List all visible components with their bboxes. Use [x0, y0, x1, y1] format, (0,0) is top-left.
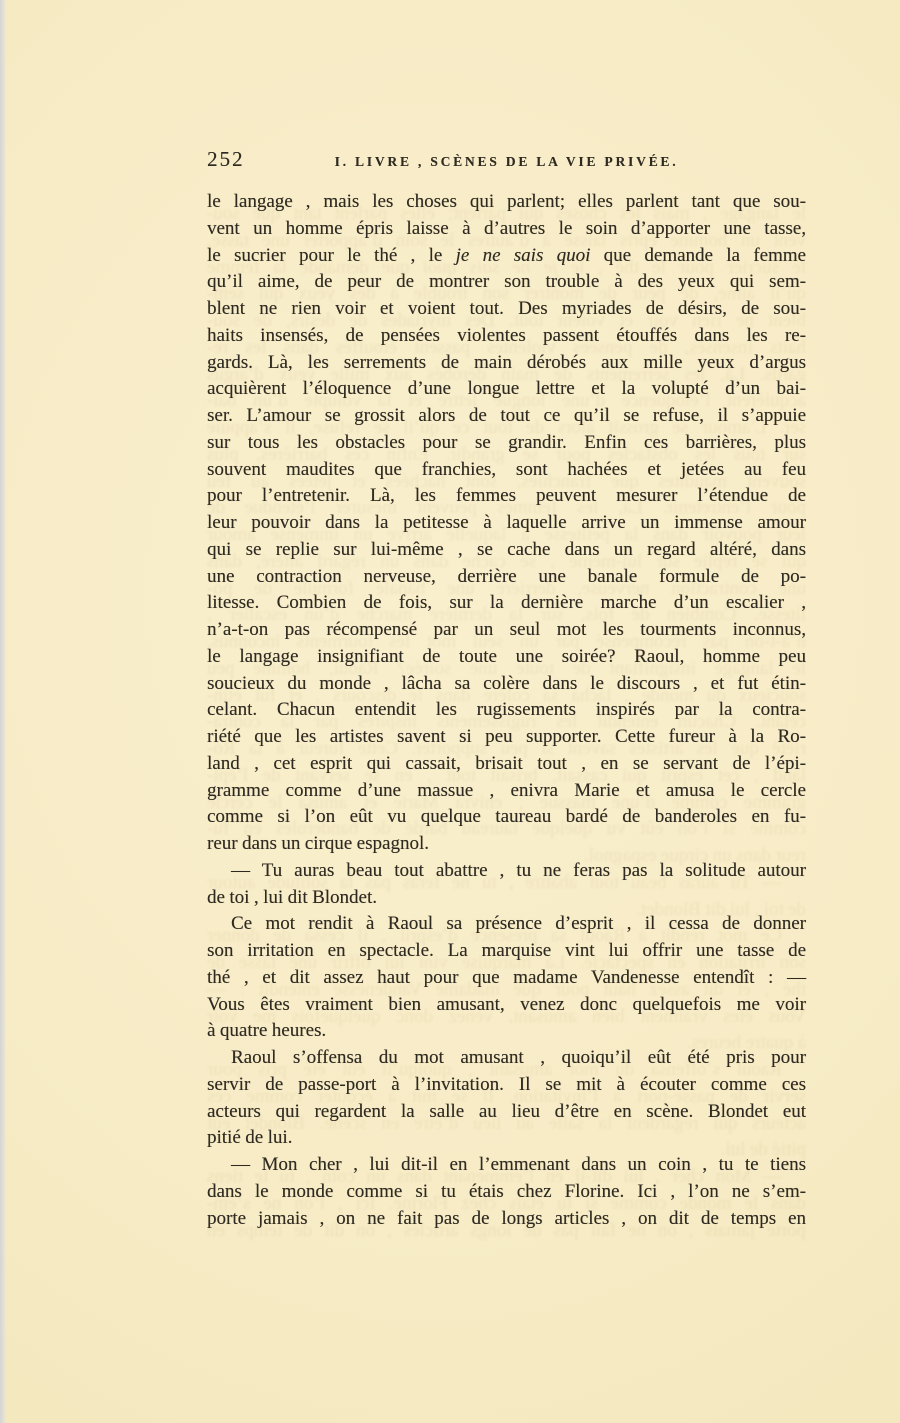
text-segment: haits insensés, de pensées violentes pas… — [207, 325, 806, 346]
text-line: Vous êtes vraiment bien amusant, venez d… — [207, 992, 806, 1019]
text-line: reur dans un cirque espagnol. — [207, 831, 806, 858]
text-segment: land , cet esprit qui cassait, brisait t… — [207, 753, 806, 774]
text-line: gards. Là, les serrements de main dérobé… — [207, 350, 806, 377]
text-line: une contraction nerveuse, derrière une b… — [207, 564, 806, 591]
paragraph: Raoul s’offensa du mot amusant , quoiqu’… — [207, 1045, 806, 1152]
text-line: le langage insignifiant de toute une soi… — [207, 644, 806, 671]
text-segment: souvent maudites que franchies, sont hac… — [207, 459, 806, 480]
text-line: blent ne rien voir et voient tout. Des m… — [207, 296, 806, 323]
text-segment: reur dans un cirque espagnol. — [207, 833, 429, 854]
scan-edge-strip — [0, 0, 6, 1423]
text-line: — Tu auras beau tout abattre , tu ne fer… — [207, 858, 806, 885]
text-line: comme si l’on eût vu quelque taureau bar… — [207, 804, 806, 831]
text-line: porte jamais , on ne fait pas de longs a… — [207, 1206, 806, 1233]
text-line: riété que les artistes savent si peu sup… — [207, 724, 806, 751]
text-line: litesse. Combien de fois, sur la dernièr… — [207, 590, 806, 617]
text-segment: Raoul s’offensa du mot amusant , quoiqu’… — [231, 1047, 806, 1068]
text-line: servir de passe-port à l’invitation. Il … — [207, 1072, 806, 1099]
text-segment: sur tous les obstacles pour se grandir. … — [207, 432, 806, 453]
text-line: Raoul s’offensa du mot amusant , quoiqu’… — [207, 1045, 806, 1072]
text-line: land , cet esprit qui cassait, brisait t… — [207, 751, 806, 778]
text-line: pour l’entretenir. Là, les femmes peuven… — [207, 483, 806, 510]
text-segment: riété que les artistes savent si peu sup… — [207, 726, 806, 747]
page-header: 252 I. LIVRE , SCÈNES DE LA VIE PRIVÉE. — [207, 147, 806, 172]
text-line: gramme comme d’une massue , enivra Marie… — [207, 778, 806, 805]
text-segment: — Mon cher , lui dit-il en l’emmenant da… — [231, 1154, 806, 1175]
text-segment: n’a-t-on pas récompensé par un seul mot … — [207, 619, 806, 640]
text-segment: pour l’entretenir. Là, les femmes peuven… — [207, 485, 806, 506]
text-line: leur pouvoir dans la petitesse à laquell… — [207, 510, 806, 537]
text-line: sur tous les obstacles pour se grandir. … — [207, 430, 806, 457]
italic-phrase: je ne sais quoi — [456, 245, 591, 266]
book-page-scan: 252 I. LIVRE , SCÈNES DE LA VIE PRIVÉE. … — [0, 0, 900, 1423]
text-segment: acteurs qui regardent la salle au lieu d… — [207, 1101, 806, 1122]
text-segment: le sucrier pour le thé , le — [207, 245, 456, 266]
page-number: 252 — [207, 147, 279, 172]
text-segment: de toi , lui dit Blondet. — [207, 887, 377, 908]
text-segment: porte jamais , on ne fait pas de longs a… — [207, 1208, 806, 1229]
text-line: le langage , mais les choses qui parlent… — [207, 189, 806, 216]
text-line: soucieux du monde , lâcha sa colère dans… — [207, 671, 806, 698]
text-line: — Mon cher , lui dit-il en l’emmenant da… — [207, 1152, 806, 1179]
text-segment: blent ne rien voir et voient tout. Des m… — [207, 298, 806, 319]
text-line: souvent maudites que franchies, sont hac… — [207, 457, 806, 484]
text-line: le sucrier pour le thé , le je ne sais q… — [207, 243, 806, 270]
paragraph: le langage , mais les choses qui parlent… — [207, 189, 806, 858]
text-line: celant. Chacun entendit les rugissements… — [207, 697, 806, 724]
text-line: à quatre heures. — [207, 1018, 806, 1045]
text-line: Ce mot rendit à Raoul sa présence d’espr… — [207, 911, 806, 938]
text-segment: son irritation en spectacle. La marquise… — [207, 940, 806, 961]
text-segment: qu’il aime, de peur de montrer son troub… — [207, 271, 806, 292]
text-segment: gramme comme d’une massue , enivra Marie… — [207, 780, 806, 801]
text-line: qui se replie sur lui-même , se cache da… — [207, 537, 806, 564]
text-line: dans le monde comme si tu étais chez Flo… — [207, 1179, 806, 1206]
text-segment: le langage , mais les choses qui parlent… — [207, 191, 806, 212]
text-line: son irritation en spectacle. La marquise… — [207, 938, 806, 965]
text-line: ser. L’amour se grossit alors de tout ce… — [207, 403, 806, 430]
text-segment: servir de passe-port à l’invitation. Il … — [207, 1074, 806, 1095]
text-line: vent un homme épris laisse à d’autres le… — [207, 216, 806, 243]
text-segment: leur pouvoir dans la petitesse à laquell… — [207, 512, 806, 533]
text-segment: pitié de lui. — [207, 1127, 292, 1148]
text-segment: Vous êtes vraiment bien amusant, venez d… — [207, 994, 806, 1015]
text-line: haits insensés, de pensées violentes pas… — [207, 323, 806, 350]
text-segment: qui se replie sur lui-même , se cache da… — [207, 539, 806, 560]
text-line: pitié de lui. — [207, 1125, 806, 1152]
text-segment: à quatre heures. — [207, 1020, 326, 1041]
text-line: acquièrent l’éloquence d’une longue lett… — [207, 376, 806, 403]
text-line: n’a-t-on pas récompensé par un seul mot … — [207, 617, 806, 644]
text-segment: que demande la femme — [590, 245, 806, 266]
text-line: de toi , lui dit Blondet. — [207, 885, 806, 912]
paragraph: Ce mot rendit à Raoul sa présence d’espr… — [207, 911, 806, 1045]
text-segment: — Tu auras beau tout abattre , tu ne fer… — [231, 860, 806, 881]
text-segment: vent un homme épris laisse à d’autres le… — [207, 218, 806, 239]
text-segment: dans le monde comme si tu étais chez Flo… — [207, 1181, 806, 1202]
paragraph: — Mon cher , lui dit-il en l’emmenant da… — [207, 1152, 806, 1232]
text-segment: thé , et dit assez haut pour que madame … — [207, 967, 806, 988]
text-segment: le langage insignifiant de toute une soi… — [207, 646, 806, 667]
text-line: acteurs qui regardent la salle au lieu d… — [207, 1099, 806, 1126]
text-segment: celant. Chacun entendit les rugissements… — [207, 699, 806, 720]
text-segment: soucieux du monde , lâcha sa colère dans… — [207, 673, 806, 694]
text-segment: litesse. Combien de fois, sur la dernièr… — [207, 592, 806, 613]
text-segment: ser. L’amour se grossit alors de tout ce… — [207, 405, 806, 426]
page-body: le langage , mais les choses qui parlent… — [207, 189, 806, 1232]
paragraph: — Tu auras beau tout abattre , tu ne fer… — [207, 858, 806, 912]
text-segment: acquièrent l’éloquence d’une longue lett… — [207, 378, 806, 399]
text-segment: comme si l’on eût vu quelque taureau bar… — [207, 806, 806, 827]
running-title: I. LIVRE , SCÈNES DE LA VIE PRIVÉE. — [279, 154, 734, 170]
text-segment: gards. Là, les serrements de main dérobé… — [207, 352, 806, 373]
text-segment: Ce mot rendit à Raoul sa présence d’espr… — [231, 913, 806, 934]
text-line: thé , et dit assez haut pour que madame … — [207, 965, 806, 992]
text-segment: une contraction nerveuse, derrière une b… — [207, 566, 806, 587]
text-line: qu’il aime, de peur de montrer son troub… — [207, 269, 806, 296]
